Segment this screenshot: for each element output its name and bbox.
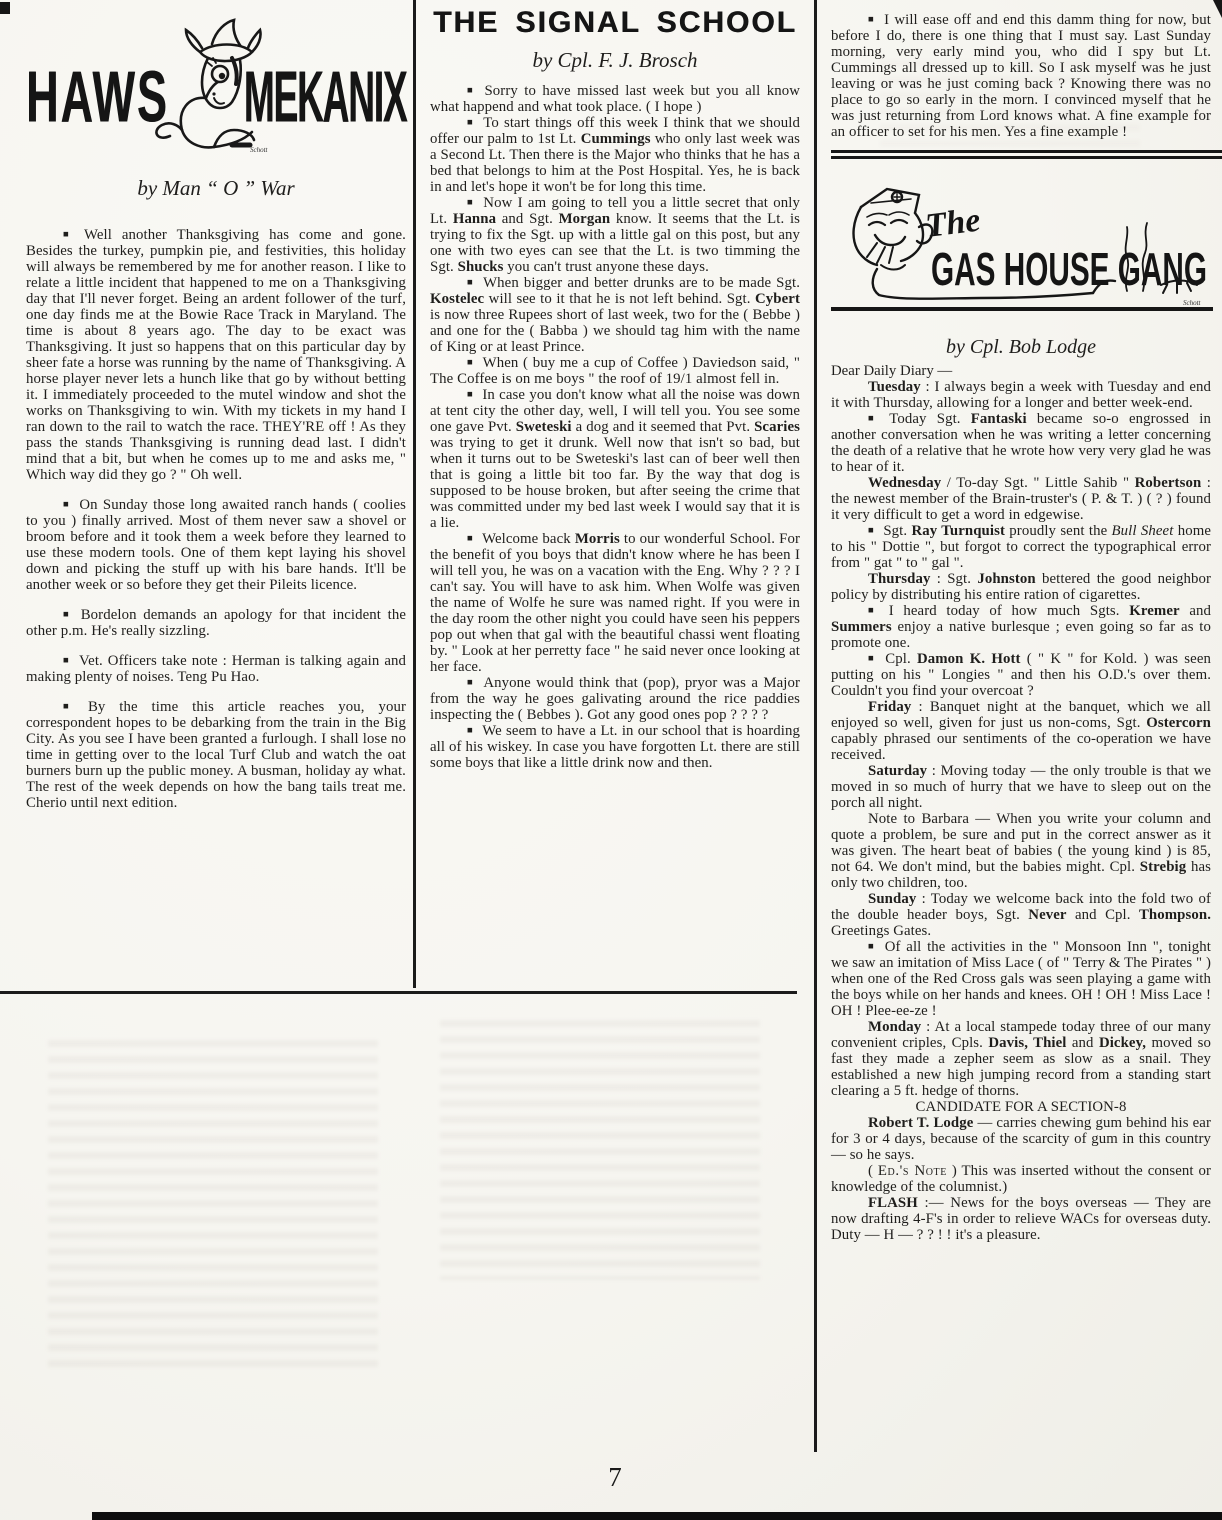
text-segment: Thompson. <box>1139 907 1211 923</box>
gas-house-gang-byline: by Cpl. Bob Lodge <box>831 336 1211 359</box>
text-segment: and Cpl. <box>1067 907 1139 923</box>
haws-byline: by Man “ O ” War <box>26 176 406 201</box>
text-segment: Monday <box>868 1019 921 1035</box>
paragraph: ■Of all the activities in the " Monsoon … <box>831 939 1211 1019</box>
text-segment: I heard today of how much Sgts. <box>889 603 1130 619</box>
square-bullet-icon: ■ <box>467 278 474 288</box>
paragraph: ■I heard today of how much Sgts. Kremer … <box>831 603 1211 651</box>
bleed-through-smudge <box>440 1020 760 1280</box>
text-segment: capably phrased our sentiments of the co… <box>831 731 1211 763</box>
text-segment: Anyone would think that (pop), pryor was… <box>430 675 800 723</box>
text-segment: FLASH <box>868 1195 918 1211</box>
square-bullet-icon: ■ <box>868 526 874 536</box>
text-segment: Cybert <box>755 291 800 307</box>
square-bullet-icon: ■ <box>467 726 473 736</box>
text-segment: you can't trust anyone these days. <box>503 259 708 275</box>
article-haws-mekanix: HAWS <box>26 12 406 825</box>
square-bullet-icon: ■ <box>467 678 474 688</box>
text-segment: Hanna <box>453 211 496 227</box>
text-segment: Kremer <box>1129 603 1179 619</box>
text-segment: When ( buy me a cup of Coffee ) Daviedso… <box>430 355 800 387</box>
bleed-through-smudge <box>48 1040 378 1370</box>
text-segment: Bull Sheet <box>1112 523 1174 539</box>
scan-edge-mark <box>92 1512 1222 1520</box>
text-segment: Shucks <box>458 259 504 275</box>
section-divider-rule <box>831 150 1222 159</box>
text-segment: By the time this article reaches you, yo… <box>26 699 406 811</box>
paragraph: ■Welcome back Morris to our wonderful Sc… <box>430 531 800 675</box>
text-segment: Damon K. Hott <box>917 651 1021 667</box>
square-bullet-icon: ■ <box>467 534 473 544</box>
text-segment: Morris <box>575 531 620 547</box>
paragraph: ■Well another Thanksgiving has come and … <box>26 227 406 483</box>
text-segment: and <box>1067 1035 1099 1051</box>
square-bullet-icon: ■ <box>63 610 72 620</box>
gas-house-gang-masthead: The GAS HOUSE GANG Schott <box>831 173 1213 325</box>
paragraph: ( Ed.'s Note ) This was inserted without… <box>831 1163 1211 1195</box>
paragraph: ■To start things off this week I think t… <box>430 115 800 195</box>
text-segment: proudly sent the <box>1005 523 1112 539</box>
paragraph: Robert T. Lodge — carries chewing gum be… <box>831 1115 1211 1163</box>
paragraph: Sunday : Today we welcome back into the … <box>831 891 1211 939</box>
paragraph: ■Today Sgt. Fantaski became so-o engross… <box>831 411 1211 475</box>
paragraph: ■Now I am going to tell you a little sec… <box>430 195 800 275</box>
paragraph: Monday : At a local stampede today three… <box>831 1019 1211 1099</box>
paragraph: Thursday : Sgt. Johnston bettered the go… <box>831 571 1211 603</box>
text-segment: Ostercorn <box>1146 715 1211 731</box>
square-bullet-icon: ■ <box>467 390 473 400</box>
text-segment: Strebig <box>1140 859 1186 875</box>
paragraph: FLASH :— News for the boys overseas — Th… <box>831 1195 1211 1243</box>
text-segment: Sgt. <box>883 523 911 539</box>
paragraph: ■I will ease off and end this damm thing… <box>831 12 1211 140</box>
text-segment: Ray Turnquist <box>911 523 1005 539</box>
gas-title-the: The <box>923 202 982 245</box>
paragraph: ■Bordelon demands an apology for that in… <box>26 607 406 639</box>
column-divider-rule <box>413 0 416 988</box>
paragraph: Saturday : Moving today — the only troub… <box>831 763 1211 811</box>
paragraph: Tuesday : I always begin a week with Tue… <box>831 379 1211 411</box>
paragraph: ■In case you don't know what all the noi… <box>430 387 800 531</box>
square-bullet-icon: ■ <box>868 942 876 952</box>
text-segment: Saturday <box>868 763 927 779</box>
text-segment: Dickey, <box>1099 1035 1146 1051</box>
article-end-rule <box>0 991 797 994</box>
text-segment: and <box>1180 603 1211 619</box>
gas-title-main: GAS HOUSE GANG <box>931 243 1207 295</box>
square-bullet-icon: ■ <box>63 702 79 712</box>
text-segment: to our wonderful School. For the benefit… <box>430 531 800 675</box>
text-segment: will see to it that he is not left behin… <box>484 291 755 307</box>
paragraph: ■Vet. Officers take note : Herman is tal… <box>26 653 406 685</box>
text-segment: Sorry to have missed last week but you a… <box>430 83 800 115</box>
text-segment: When bigger and better drunks are to be … <box>483 275 800 291</box>
text-segment: Scaries <box>754 419 800 435</box>
text-segment: Johnston <box>977 571 1035 587</box>
diary-salutation: Dear Daily Diary — <box>831 363 1211 379</box>
text-segment: Robertson <box>1135 475 1202 491</box>
signal-school-paragraphs: ■Sorry to have missed last week but you … <box>430 83 800 771</box>
text-segment: Tuesday <box>868 379 921 395</box>
haws-title-right: MEKANIX <box>243 60 406 133</box>
square-bullet-icon: ■ <box>63 230 75 240</box>
right-column: ■I will ease off and end this damm thing… <box>831 12 1211 1243</box>
text-segment: We seem to have a Lt. in our school that… <box>430 723 800 771</box>
haws-paragraphs: ■Well another Thanksgiving has come and … <box>26 227 406 811</box>
text-segment: Cpl. <box>885 651 917 667</box>
article-signal-school: THE SIGNAL SCHOOL by Cpl. F. J. Brosch ■… <box>430 6 800 771</box>
signal-school-continued: ■I will ease off and end this damm thing… <box>831 12 1211 140</box>
paragraph: ■Cpl. Damon K. Hott ( " K " for Kold. ) … <box>831 651 1211 699</box>
square-bullet-icon: ■ <box>868 654 876 664</box>
text-segment: was trying to get it drunk. Well now tha… <box>430 435 800 531</box>
haws-title-left: HAWS <box>26 60 169 133</box>
scan-corner-mark <box>1213 0 1222 18</box>
artist-signature: Schott <box>250 146 269 154</box>
text-segment: Kostelec <box>430 291 484 307</box>
text-segment: Welcome back <box>482 531 575 547</box>
page-number: 7 <box>8 1462 1222 1493</box>
text-segment: Davis, Thiel <box>988 1035 1066 1051</box>
rule-line <box>831 156 1222 159</box>
text-segment: Vet. Officers take note : Herman is talk… <box>26 653 406 685</box>
signal-school-byline: by Cpl. F. J. Brosch <box>430 48 800 73</box>
paragraph: Friday : Banquet night at the banquet, w… <box>831 699 1211 763</box>
paragraph: ■Sorry to have missed last week but you … <box>430 83 800 115</box>
text-segment: Sunday <box>868 891 916 907</box>
text-segment: Summers <box>831 619 892 635</box>
paragraph: ■When ( buy me a cup of Coffee ) Davieds… <box>430 355 800 387</box>
text-segment: Greetings Gates. <box>831 923 931 939</box>
square-bullet-icon: ■ <box>868 15 875 25</box>
paragraph: Note to Barbara — When you write your co… <box>831 811 1211 891</box>
square-bullet-icon: ■ <box>63 656 70 666</box>
square-bullet-icon: ■ <box>868 606 880 616</box>
signal-school-title: THE SIGNAL SCHOOL <box>430 6 800 40</box>
text-segment: : Sgt. <box>930 571 977 587</box>
text-segment: CANDIDATE FOR A SECTION-8 <box>916 1099 1127 1115</box>
text-segment: Sweteski <box>516 419 572 435</box>
text-segment: is now three Rupees short of last week, … <box>430 307 800 355</box>
text-segment: ( <box>868 1163 878 1179</box>
column-divider-rule <box>814 0 817 1452</box>
artist-signature: Schott <box>1183 299 1202 307</box>
paragraph: ■Sgt. Ray Turnquist proudly sent the Bul… <box>831 523 1211 571</box>
paragraph: CANDIDATE FOR A SECTION-8 <box>831 1099 1211 1115</box>
square-bullet-icon: ■ <box>63 500 70 510</box>
square-bullet-icon: ■ <box>467 358 474 368</box>
text-segment: I will ease off and end this damm thing … <box>831 12 1211 140</box>
square-bullet-icon: ■ <box>467 86 475 96</box>
text-segment: and Sgt. <box>496 211 559 227</box>
paragraph: Wednesday / To-day Sgt. " Little Sahib "… <box>831 475 1211 523</box>
text-segment: Robert T. Lodge <box>868 1115 973 1131</box>
paragraph: ■By the time this article reaches you, y… <box>26 699 406 811</box>
text-segment: Cummings <box>581 131 651 147</box>
paragraph: ■Anyone would think that (pop), pryor wa… <box>430 675 800 723</box>
text-segment: Ed.'s Note <box>878 1163 947 1179</box>
paragraph: ■When bigger and better drunks are to be… <box>430 275 800 355</box>
text-segment: Friday <box>868 699 911 715</box>
newspaper-page: HAWS <box>0 0 1222 1520</box>
text-segment: Of all the activities in the " Monsoon I… <box>831 939 1211 1019</box>
text-segment: / To-day Sgt. " Little Sahib " <box>941 475 1134 491</box>
paragraph: ■On Sunday those long awaited ranch hand… <box>26 497 406 593</box>
gas-house-gang-paragraphs: Tuesday : I always begin a week with Tue… <box>831 379 1211 1243</box>
rule-line <box>831 150 1222 153</box>
square-bullet-icon: ■ <box>467 118 474 128</box>
text-segment: Morgan <box>559 211 611 227</box>
text-segment: Bordelon demands an apology for that inc… <box>26 607 406 639</box>
scan-corner-mark <box>0 2 10 14</box>
text-segment: Wednesday <box>868 475 941 491</box>
text-segment: a dog and it seemed that Pvt. <box>572 419 754 435</box>
text-segment: On Sunday those long awaited ranch hands… <box>26 497 406 593</box>
square-bullet-icon: ■ <box>467 198 474 208</box>
text-segment: Thursday <box>868 571 930 587</box>
haws-mekanix-masthead: HAWS <box>26 12 406 162</box>
paragraph: ■We seem to have a Lt. in our school tha… <box>430 723 800 771</box>
text-segment: Well another Thanksgiving has come and g… <box>26 227 406 483</box>
text-segment: Today Sgt. <box>889 411 971 427</box>
text-segment: Fantaski <box>971 411 1027 427</box>
square-bullet-icon: ■ <box>868 414 880 424</box>
text-segment: Never <box>1028 907 1066 923</box>
